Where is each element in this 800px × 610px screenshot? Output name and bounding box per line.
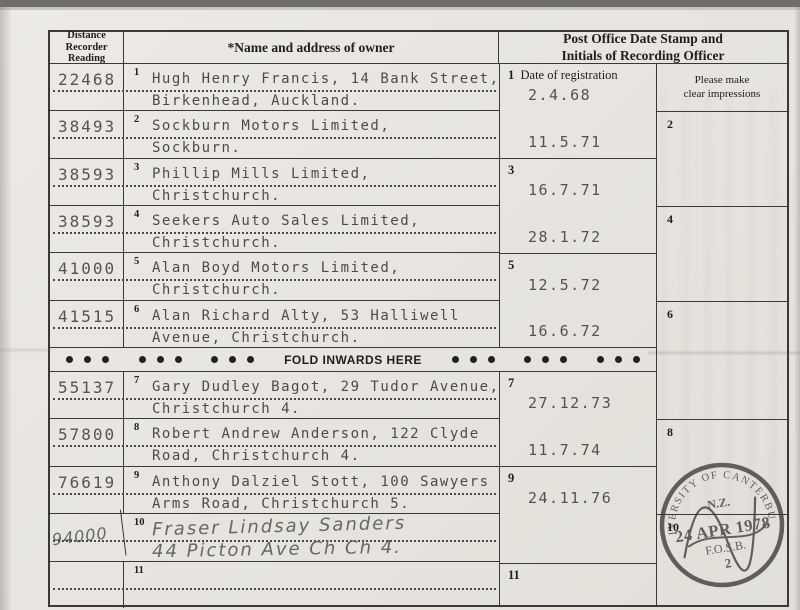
owner-line-1: Anthony Dalziel Stott, 100 Sawyers bbox=[152, 474, 490, 490]
date-of-registration-label: Date of registration bbox=[521, 68, 618, 82]
row-number: 1 bbox=[134, 67, 139, 78]
impression-cell: 8 bbox=[657, 420, 787, 515]
dotted-leader-line bbox=[53, 398, 496, 400]
owner-line-1: Alan Richard Alty, 53 Halliwell bbox=[152, 308, 460, 324]
table-row: 224681Hugh Henry Francis, 14 Bank Street… bbox=[50, 64, 499, 111]
owner-line-2: Sockburn. bbox=[152, 140, 241, 156]
table-row: 578008Robert Andrew Anderson, 122 ClydeR… bbox=[50, 419, 499, 466]
owner-line-2: Christchurch 4. bbox=[152, 401, 301, 417]
fold-inwards-label: FOLD INWARDS HERE bbox=[284, 353, 422, 367]
owner-line-1: Gary Dudley Bagot, 29 Tudor Avenue, bbox=[152, 379, 500, 395]
table-row: 410005Alan Boyd Motors Limited,Christchu… bbox=[50, 253, 499, 300]
distance-reading: 57800 bbox=[50, 419, 124, 465]
registration-date: 11.5.71 bbox=[528, 133, 602, 151]
fold-dots bbox=[524, 356, 567, 363]
row-number: 2 bbox=[134, 114, 139, 125]
fold-dots bbox=[139, 356, 182, 363]
date-cell-heading: 7 bbox=[508, 376, 514, 391]
header-name-and-address: *Name and address of owner bbox=[124, 32, 499, 63]
distance-reading: 38493 bbox=[50, 111, 124, 157]
date-cell-heading: 3 bbox=[508, 163, 514, 178]
date-cell-number: 9 bbox=[508, 471, 514, 485]
dotted-leader-line bbox=[53, 327, 496, 329]
impression-cell-number: 2 bbox=[667, 117, 673, 132]
distance-reading: 94000 bbox=[47, 510, 126, 565]
distance-reading: 22468 bbox=[50, 64, 124, 110]
table-row: 385934Seekers Auto Sales Limited,Christc… bbox=[50, 206, 499, 253]
impression-cell-number: 4 bbox=[667, 212, 673, 227]
date-cell-heading: 5 bbox=[508, 258, 514, 273]
scan-top-edge bbox=[0, 0, 800, 7]
owner-line-2: Birkenhead, Auckland. bbox=[152, 93, 361, 109]
table-row: 384932Sockburn Motors Limited,Sockburn. bbox=[50, 111, 499, 158]
rows-section-b: 551377Gary Dudley Bagot, 29 Tudor Avenue… bbox=[50, 372, 499, 608]
date-cell-heading: 11 bbox=[508, 568, 520, 583]
date-cell-number: 5 bbox=[508, 258, 514, 272]
dotted-leader-line bbox=[53, 90, 496, 92]
fold-dots bbox=[66, 356, 109, 363]
table-row: 551377Gary Dudley Bagot, 29 Tudor Avenue… bbox=[50, 372, 499, 419]
table-row: 766199Anthony Dalziel Stott, 100 Sawyers… bbox=[50, 467, 499, 514]
row-number: 6 bbox=[134, 304, 139, 315]
distance-reading: 76619 bbox=[50, 467, 124, 513]
header-distance-recorder-reading: Distance Recorder Reading bbox=[50, 32, 124, 63]
dotted-leader-line bbox=[53, 232, 496, 234]
fold-dots bbox=[211, 356, 254, 363]
fold-dots bbox=[452, 356, 495, 363]
dotted-leader-line bbox=[53, 137, 496, 139]
header-please-make-clear-impressions: Please make clear impressions bbox=[657, 64, 787, 112]
owner-line-2: Christchurch. bbox=[152, 235, 281, 251]
impression-cell-number: 10 bbox=[667, 520, 679, 535]
dotted-leader-line bbox=[53, 588, 496, 590]
fold-crease-left bbox=[0, 349, 50, 351]
owner-line-1: Sockburn Motors Limited, bbox=[152, 118, 390, 134]
impression-cell: 2 bbox=[657, 112, 787, 207]
date-cell-heading: 1 Date of registration bbox=[508, 68, 618, 83]
scanned-document: Distance Recorder Reading *Name and addr… bbox=[0, 0, 800, 610]
date-stamp-cell: 11 bbox=[499, 564, 657, 605]
date-cell-number: 1 bbox=[508, 68, 514, 82]
dotted-leader-line bbox=[53, 185, 496, 187]
impression-cell: 4 bbox=[657, 207, 787, 302]
row-number: 5 bbox=[134, 256, 139, 267]
owner-line-2: Christchurch. bbox=[152, 188, 281, 204]
owner-line-2: Christchurch. bbox=[152, 282, 281, 298]
dotted-leader-line bbox=[53, 445, 496, 447]
fold-inwards-band: FOLD INWARDS HERE bbox=[50, 347, 657, 372]
registration-date: 16.6.72 bbox=[528, 322, 602, 340]
date-stamp-cell: 316.7.7128.1.72 bbox=[499, 159, 657, 254]
row-number: 9 bbox=[134, 470, 139, 481]
header-post-office-date-stamp: Post Office Date Stamp and Initials of R… bbox=[499, 32, 787, 63]
date-stamp-cell: 1 Date of registration2.4.6811.5.71 bbox=[499, 64, 657, 159]
owner-line-1: Hugh Henry Francis, 14 Bank Street, bbox=[152, 71, 500, 87]
row-number: 11 bbox=[134, 565, 144, 576]
table-row: 385933Phillip Mills Limited,Christchurch… bbox=[50, 159, 499, 206]
date-stamp-cell: 727.12.7311.7.74 bbox=[499, 372, 657, 467]
fold-dots bbox=[597, 356, 640, 363]
registration-date: 12.5.72 bbox=[528, 276, 602, 294]
scan-right-shadow bbox=[794, 0, 800, 610]
date-cell-number: 3 bbox=[508, 163, 514, 177]
date-cell-heading: 9 bbox=[508, 471, 514, 486]
date-stamp-cell: 924.11.76 bbox=[499, 467, 657, 564]
distance-reading bbox=[50, 562, 124, 608]
registration-date: 16.7.71 bbox=[528, 181, 602, 199]
table-row: 9400010Fraser Lindsay Sanders44 Picton A… bbox=[50, 514, 499, 561]
registration-date: 24.11.76 bbox=[528, 489, 612, 507]
row-number: 10 bbox=[134, 517, 145, 528]
impression-cell-number: 8 bbox=[667, 425, 673, 440]
scan-top-edge-highlight bbox=[0, 7, 800, 10]
table-header-row: Distance Recorder Reading *Name and addr… bbox=[50, 32, 787, 64]
distance-reading: 41000 bbox=[50, 253, 124, 299]
row-number: 7 bbox=[134, 375, 139, 386]
owner-line-1: Seekers Auto Sales Limited, bbox=[152, 213, 420, 229]
row-number: 8 bbox=[134, 422, 139, 433]
impression-cell-number: 6 bbox=[667, 307, 673, 322]
distance-reading: 38593 bbox=[50, 206, 124, 252]
owner-line-2: Avenue, Christchurch. bbox=[152, 330, 361, 346]
registration-date: 11.7.74 bbox=[528, 441, 602, 459]
owner-line-2: Arms Road, Christchurch 5. bbox=[152, 496, 410, 512]
impression-cell: 10 bbox=[657, 515, 787, 608]
date-cell-number: 11 bbox=[508, 568, 520, 582]
owner-line-2: 44 Picton Ave Ch Ch 4. bbox=[152, 537, 402, 562]
distance-reading: 38593 bbox=[50, 159, 124, 205]
dotted-leader-line bbox=[53, 493, 496, 495]
registration-date: 27.12.73 bbox=[528, 394, 612, 412]
date-cell-number: 7 bbox=[508, 376, 514, 390]
scan-left-shadow bbox=[0, 0, 12, 610]
distance-reading: 41515 bbox=[50, 301, 124, 347]
impression-cell: 6 bbox=[657, 302, 787, 420]
table-row: 415156Alan Richard Alty, 53 HalliwellAve… bbox=[50, 301, 499, 347]
owner-line-1: Phillip Mills Limited, bbox=[152, 166, 370, 182]
distance-reading: 55137 bbox=[50, 372, 124, 418]
rows-section-a: 224681Hugh Henry Francis, 14 Bank Street… bbox=[50, 64, 499, 347]
owner-line-1: Robert Andrew Anderson, 122 Clyde bbox=[152, 426, 480, 442]
registration-table: Distance Recorder Reading *Name and addr… bbox=[48, 30, 789, 607]
row-number: 4 bbox=[134, 209, 139, 220]
owner-line-1: Alan Boyd Motors Limited, bbox=[152, 260, 400, 276]
row-number: 3 bbox=[134, 162, 139, 173]
registration-date: 28.1.72 bbox=[528, 228, 602, 246]
dotted-leader-line bbox=[53, 279, 496, 281]
owner-line-2: Road, Christchurch 4. bbox=[152, 448, 361, 464]
date-stamp-cell: 512.5.7216.6.72 bbox=[499, 254, 657, 347]
table-row: 11 bbox=[50, 562, 499, 608]
registration-date: 2.4.68 bbox=[528, 86, 591, 104]
